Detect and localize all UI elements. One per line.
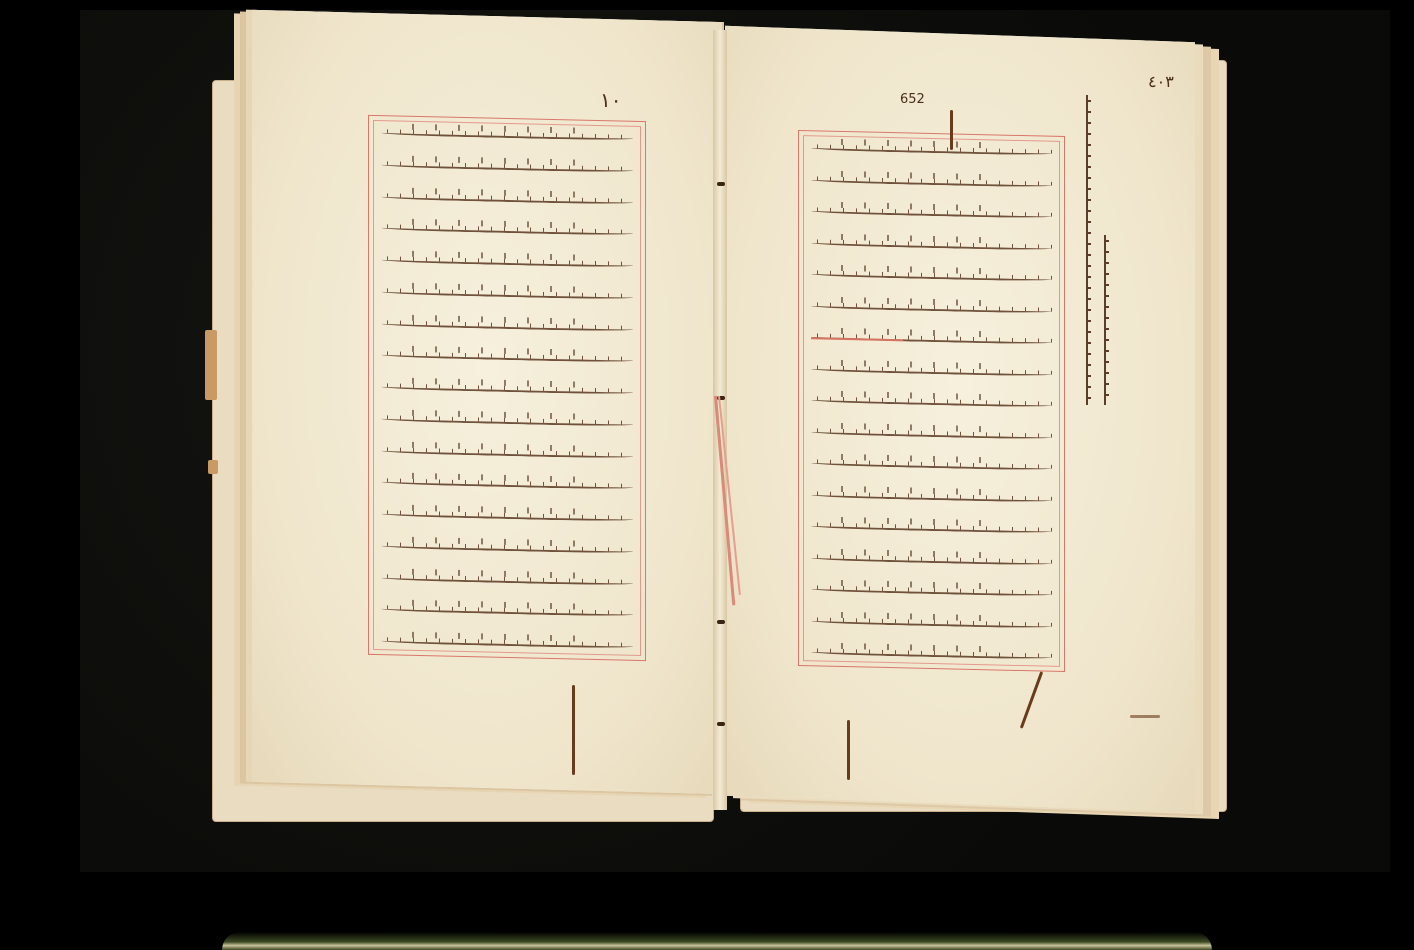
- text-line: line 3: [811, 202, 1052, 221]
- ink-drip: [847, 720, 850, 780]
- binding-stitch: [717, 722, 725, 726]
- pencil-folio-note: 652: [900, 92, 925, 107]
- text-line: line 2: [811, 171, 1052, 190]
- bottom-edge-glow: [222, 932, 1212, 950]
- text-line: line 1: [381, 124, 633, 144]
- text-line: line 6: [381, 283, 633, 303]
- text-line: line 16: [811, 612, 1052, 631]
- right-text-lines: line 1 line 2 line 3 line 4 line 5 line …: [811, 139, 1052, 662]
- left-page-number: ١٠: [600, 88, 621, 112]
- text-line: line 12: [811, 486, 1052, 505]
- text-line: line 13: [811, 517, 1052, 536]
- text-line: line 8: [811, 360, 1052, 379]
- text-line: line 10: [811, 423, 1052, 442]
- text-line: line 12: [381, 473, 633, 493]
- left-text-lines: line 1 line 2 line 3 line 4 line 5 line …: [381, 124, 633, 652]
- rubric-line: line 7 (red rubric): [811, 328, 1052, 347]
- left-text-frame: line 1 line 2 line 3 line 4 line 5 line …: [368, 115, 646, 661]
- text-line: line 11: [811, 454, 1052, 473]
- text-line: line 11: [381, 442, 633, 462]
- right-text-frame: line 1 line 2 line 3 line 4 line 5 line …: [798, 130, 1065, 672]
- text-line: line 17: [381, 632, 633, 652]
- text-line: line 3: [381, 188, 633, 208]
- text-line: line 2: [381, 156, 633, 176]
- text-line: line 8: [381, 346, 633, 366]
- text-line: line 4: [811, 234, 1052, 253]
- text-line: line 7: [381, 315, 633, 335]
- text-line: line 9: [381, 378, 633, 398]
- ink-stain: [1130, 715, 1160, 718]
- binding-stitch: [717, 182, 725, 186]
- torn-edge-fragment: [205, 330, 217, 400]
- text-line: line 5: [381, 251, 633, 271]
- ink-drip: [572, 685, 575, 775]
- text-line: line 17: [811, 643, 1052, 662]
- text-line: line 15: [811, 580, 1052, 599]
- text-line: line 5: [811, 265, 1052, 284]
- torn-edge-fragment: [208, 460, 218, 474]
- text-line: line 16: [381, 600, 633, 620]
- ink-drip: [950, 110, 953, 150]
- text-line: line 14: [381, 537, 633, 557]
- text-line: line 14: [811, 549, 1052, 568]
- margin-note: [1080, 95, 1120, 405]
- text-line: line 10: [381, 410, 633, 430]
- binding-stitch: [717, 620, 725, 624]
- text-line: line 13: [381, 505, 633, 525]
- text-line: line 15: [381, 569, 633, 589]
- text-line: line 1: [811, 139, 1052, 158]
- text-line: line 6: [811, 297, 1052, 316]
- right-page-number: ٤٠٣: [1148, 72, 1174, 91]
- text-line: line 9: [811, 391, 1052, 410]
- text-line: line 4: [381, 219, 633, 239]
